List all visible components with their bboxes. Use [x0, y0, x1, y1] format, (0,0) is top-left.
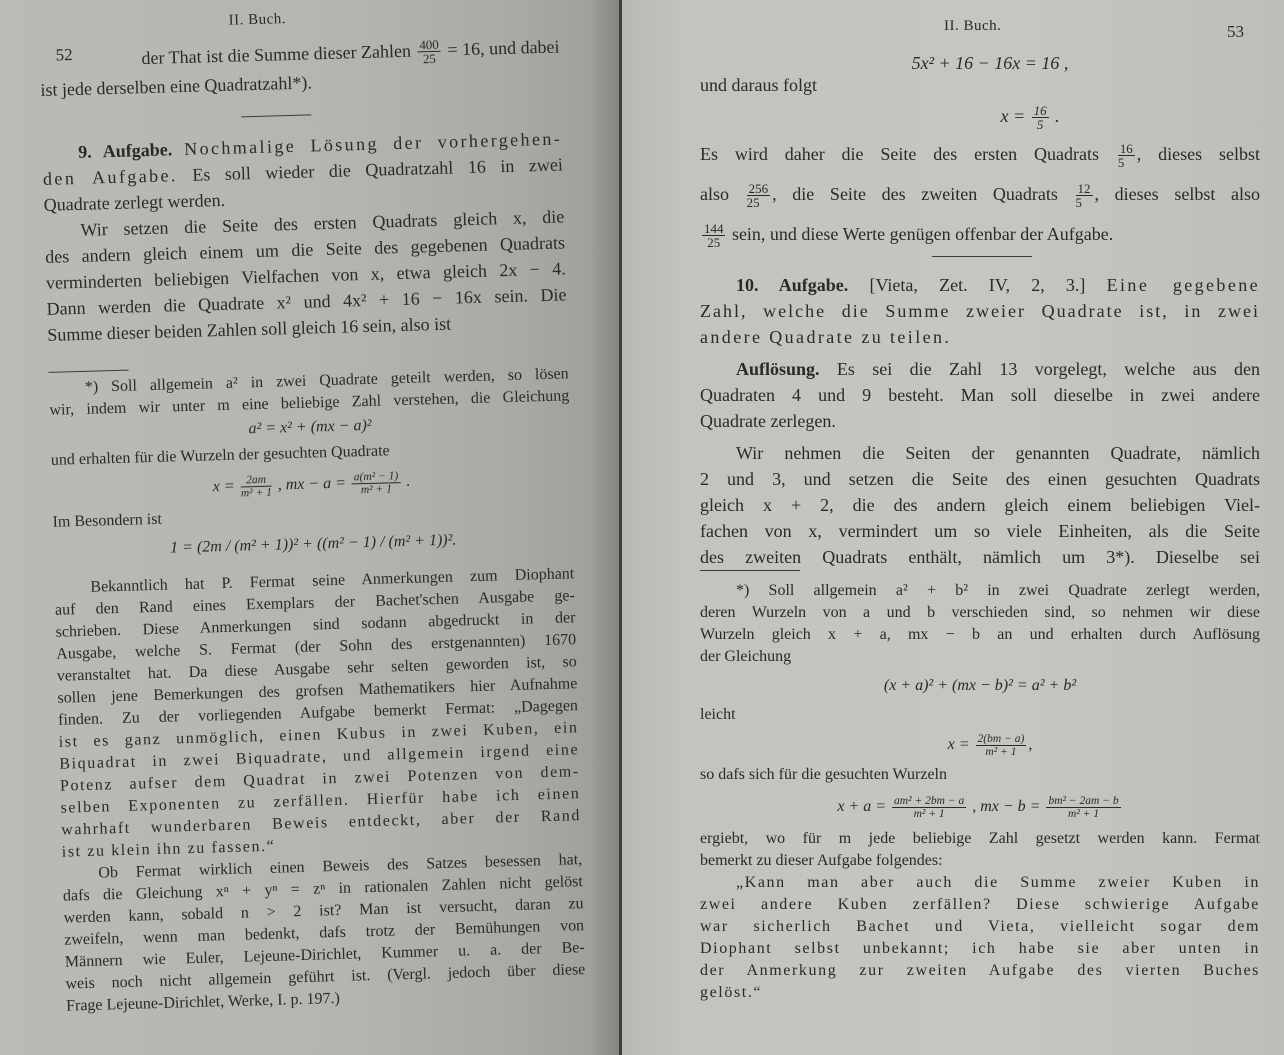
- equation: x + a = am² + 2bm − am² + 1 , mx − b = b…: [700, 786, 1260, 828]
- footnote-line: ergiebt, wo für m jede beliebige Zahl ge…: [700, 828, 1260, 850]
- task-number: 10. Aufgabe.: [736, 275, 848, 295]
- task-9: 9. Aufgabe. Nochmalige Lösung der vorher…: [42, 125, 568, 347]
- footnote: *) Soll allgemein a² + b² in zwei Quadra…: [700, 580, 1260, 1004]
- footnote-line: bemerkt zu dieser Aufgabe folgendes:: [700, 850, 1260, 872]
- task-10: 10. Aufgabe. [Vieta, Zet. IV, 2, 3.] Ein…: [700, 272, 1260, 570]
- footnote-line: *) Soll allgemein a² + b² in zwei Quadra…: [700, 580, 1260, 602]
- section-divider: [932, 256, 1032, 257]
- body-line: 2 und 3, und setzen die Seite des einen …: [700, 466, 1260, 492]
- running-head: II. Buch.: [228, 11, 286, 30]
- right-page-53: II. Buch. 53 5x² + 16 − 16x = 16 , und d…: [622, 0, 1284, 1055]
- text-line: der That ist die Summe dieser Zahlen: [141, 41, 411, 69]
- task-reference: [Vieta, Zet. IV, 2, 3.]: [869, 275, 1085, 295]
- left-page-52: II. Buch. 52 der That ist die Summe dies…: [0, 0, 620, 1055]
- quote-line: Diophant selbst unbekannt; ich habe sie …: [700, 938, 1260, 960]
- body-line: des zweiten Quadrats enthält, nämlich um…: [700, 544, 1260, 570]
- solution-label: Auflösung.: [736, 359, 820, 379]
- task-title: Zahl, welche die Summe zweier Quadrate i…: [700, 298, 1260, 324]
- quote-line: gelöst.“: [700, 982, 1260, 1004]
- equation: x = 165 .: [700, 98, 1260, 134]
- continuation-text: der That ist die Summe dieser Zahlen 400…: [39, 33, 560, 102]
- footnote-line: der Gleichung: [700, 646, 1260, 668]
- running-head: II. Buch.: [944, 18, 1001, 35]
- task-title: den Aufgabe.: [43, 165, 178, 189]
- body-line: gleich x + 2, die des andern gleich eine…: [700, 492, 1260, 518]
- quote-line: zwei andere Kuben zerfällen? Diese schwi…: [700, 894, 1260, 916]
- quote-line: der Anmerkung zur zweiten Aufgabe des vi…: [700, 960, 1260, 982]
- fraction: 40025: [417, 38, 441, 67]
- task-title: Eine gegebene: [1107, 275, 1260, 295]
- quote-line: war sicherlich Bachet und Vieta, viellei…: [700, 916, 1260, 938]
- gutter-shadow: [590, 0, 620, 1055]
- result-paragraph: Es wird daher die Seite des ersten Quadr…: [700, 134, 1260, 254]
- footnote-line: leicht: [700, 704, 1260, 726]
- footnote-line: Wurzeln gleich x + a, mx − b an und erha…: [700, 624, 1260, 646]
- quote-line: „Kann man aber auch die Summe zweier Kub…: [700, 872, 1260, 894]
- equation: (x + a)² + (mx − b)² = a² + b²: [700, 668, 1260, 704]
- solution-text: Quadraten 4 und 9 besteht. Man soll dies…: [700, 382, 1260, 408]
- solution-text: Es sei die Zahl 13 vorgelegt, welche aus…: [837, 359, 1260, 379]
- footnote-divider: [700, 570, 800, 571]
- page-number: 53: [1227, 22, 1244, 42]
- body-line: Wir nehmen die Seiten der genannten Quad…: [700, 440, 1260, 466]
- footnote: *) Soll allgemein a² in zwei Quadrate ge…: [49, 363, 587, 1017]
- footnote-divider: [48, 370, 128, 373]
- equation-block: 5x² + 16 − 16x = 16 , und daraus folgt x…: [700, 50, 1260, 134]
- section-divider: [241, 114, 311, 117]
- footnote-line: deren Wurzeln von a und b verschieden si…: [700, 602, 1260, 624]
- task-number: 9. Aufgabe.: [78, 139, 173, 162]
- text-line: = 16, und dabei: [447, 36, 560, 59]
- footnote-line: so dafs sich für die gesuchten Wurzeln: [700, 764, 1260, 786]
- task-title: andere Quadrate zu teilen.: [700, 324, 1260, 350]
- solution-text: Quadrate zerlegen.: [700, 408, 1260, 434]
- body-line: fachen von x, vermindert um so viele Ein…: [700, 518, 1260, 544]
- equation: x = 2(bm − a)m² + 1,: [700, 726, 1260, 764]
